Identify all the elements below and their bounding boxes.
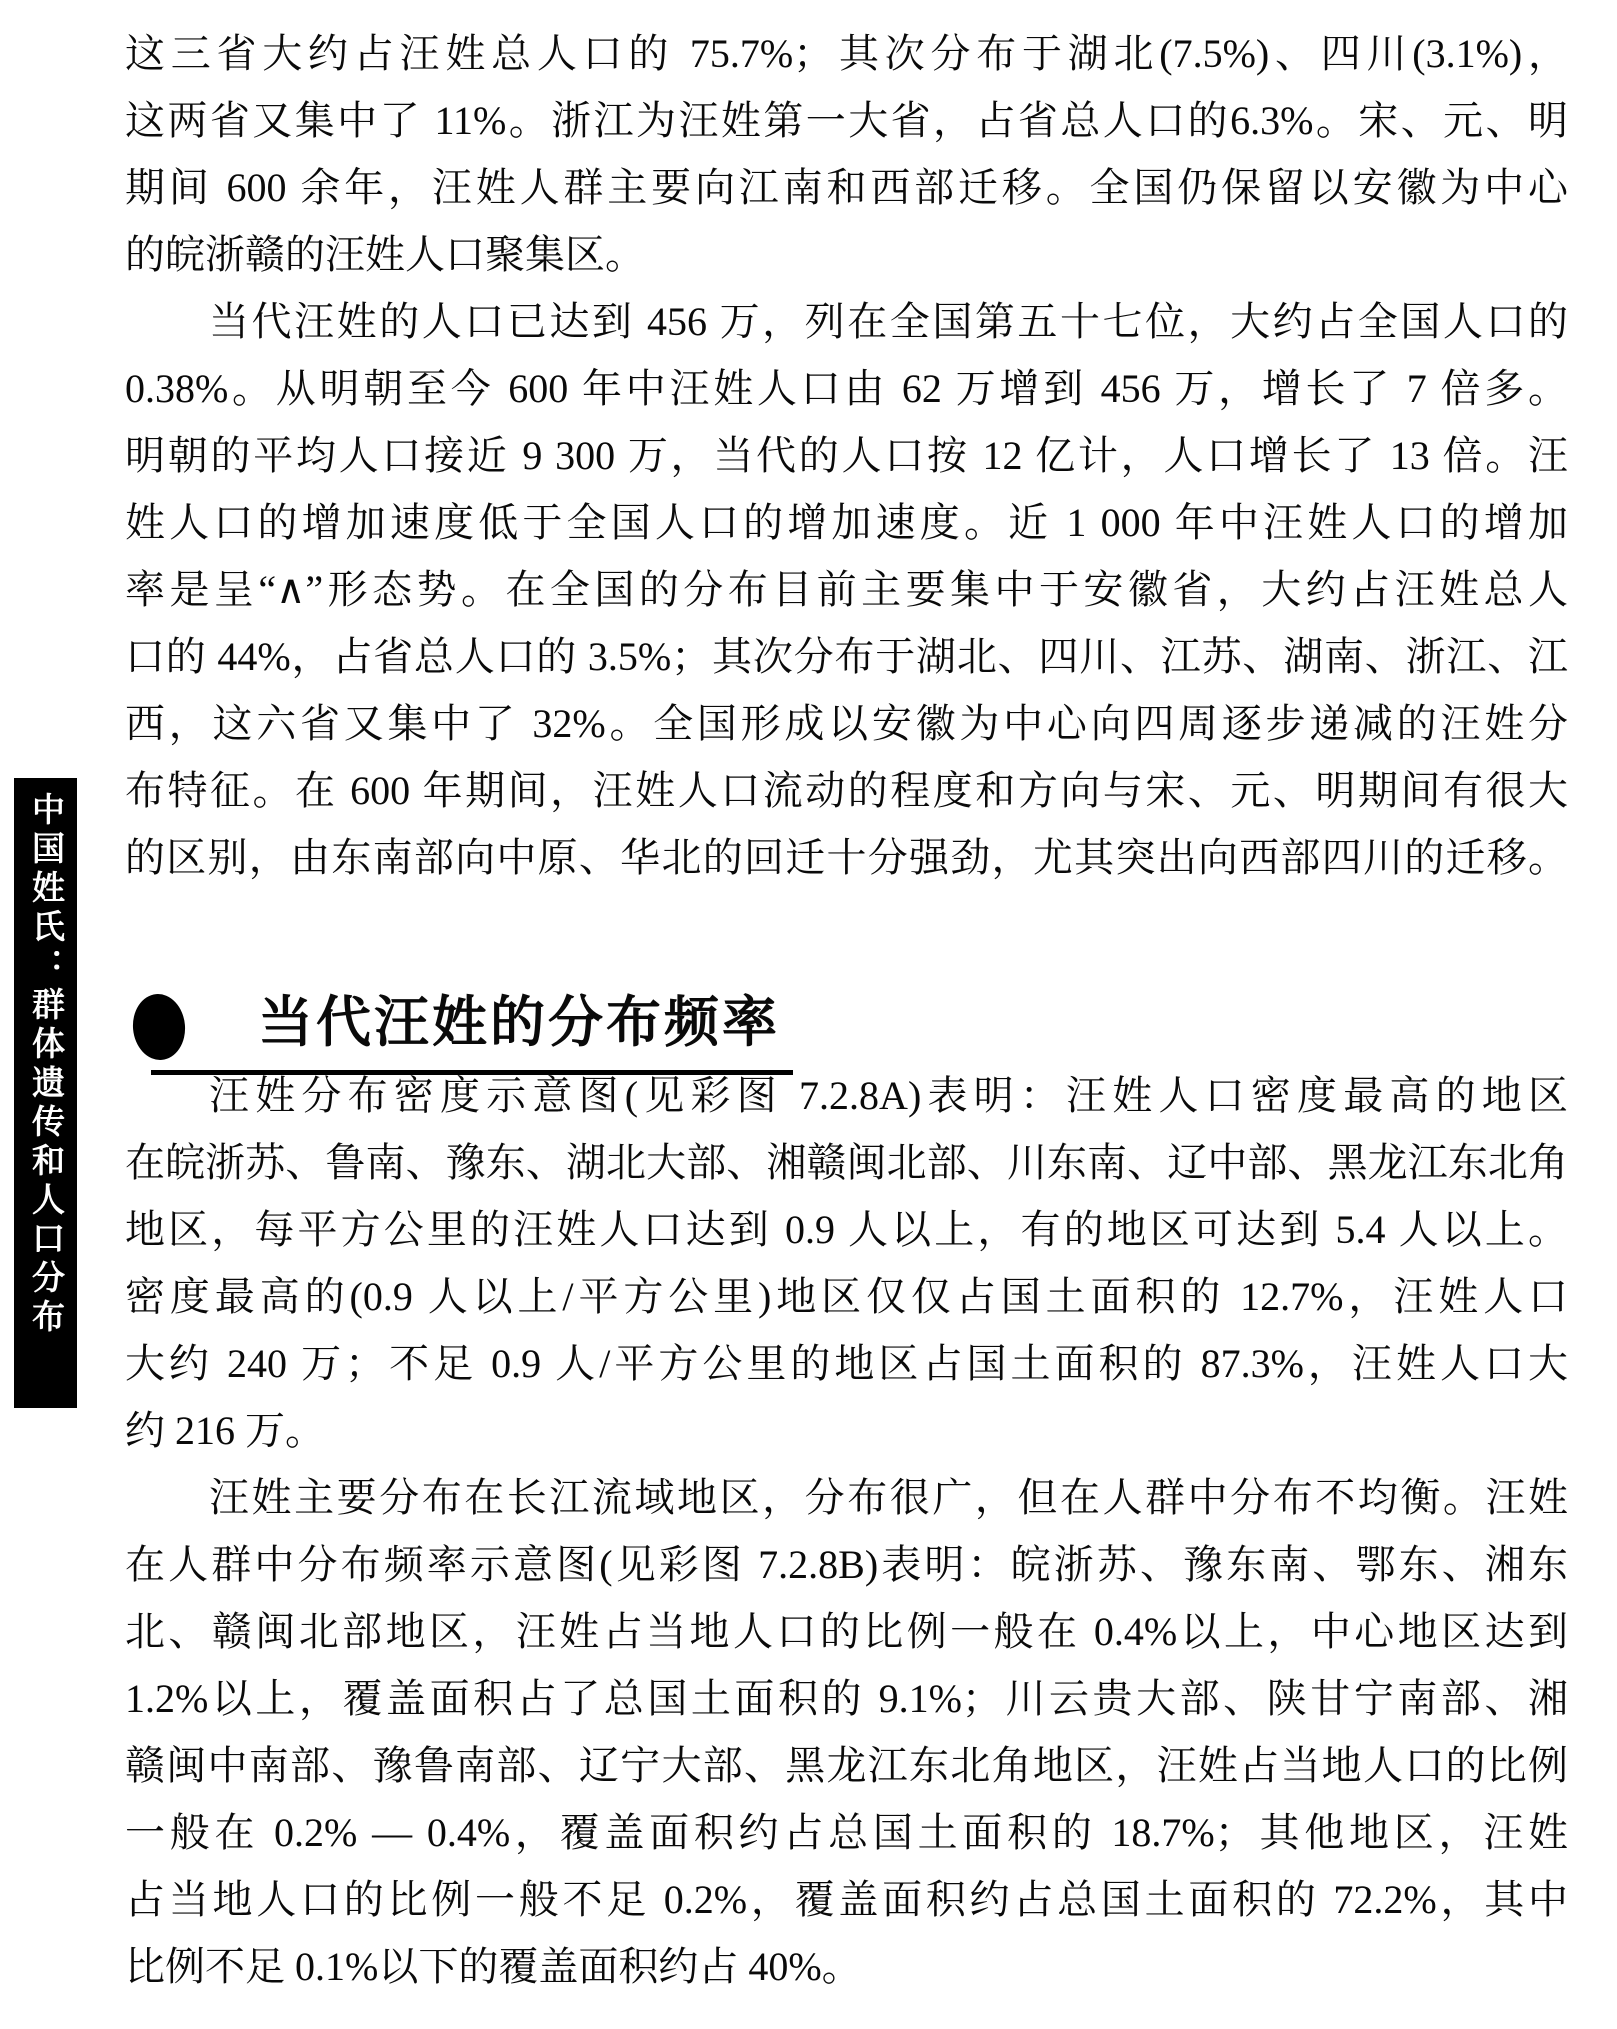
paragraph: 当代汪姓的人口已达到 456 万，列在全国第五十七位，大约占全国人口的0.38%… — [125, 288, 1568, 891]
text-line: 这两省又集中了 11%。浙江为汪姓第一大省，占省总人口的6.3%。宋、元、明 — [125, 87, 1568, 154]
text-line: 占当地人口的比例一般不足 0.2%，覆盖面积约占总国土面积的 72.2%，其中 — [125, 1866, 1568, 1933]
text-line: 密度最高的(0.9 人以上/平方公里)地区仅仅占国土面积的 12.7%，汪姓人口 — [125, 1263, 1568, 1330]
text-line: 的皖浙赣的汪姓人口聚集区。 — [125, 221, 1568, 288]
body-text-top: 这三省大约占汪姓总人口的 75.7%；其次分布于湖北(7.5%)、四川(3.1%… — [125, 20, 1568, 891]
text-line: 西，这六省又集中了 32%。全国形成以安徽为中心向四周逐步递减的汪姓分 — [125, 690, 1568, 757]
text-line: 赣闽中南部、豫鲁南部、辽宁大部、黑龙江东北角地区，汪姓占当地人口的比例 — [125, 1732, 1568, 1799]
section-title: 当代汪姓的分布频率 — [258, 984, 780, 1062]
body-text-bottom: 汪姓分布密度示意图(见彩图 7.2.8A)表明：汪姓人口密度最高的地区在皖浙苏、… — [125, 1062, 1568, 2000]
text-line: 明朝的平均人口接近 9 300 万，当代的人口按 12 亿计，人口增长了 13 … — [125, 422, 1568, 489]
text-line: 地区，每平方公里的汪姓人口达到 0.9 人以上，有的地区可达到 5.4 人以上。 — [125, 1196, 1568, 1263]
text-line: 在人群中分布频率示意图(见彩图 7.2.8B)表明：皖浙苏、豫东南、鄂东、湘东 — [125, 1531, 1568, 1598]
text-line: 汪姓主要分布在长江流域地区，分布很广，但在人群中分布不均衡。汪姓 — [125, 1464, 1568, 1531]
paragraph: 这三省大约占汪姓总人口的 75.7%；其次分布于湖北(7.5%)、四川(3.1%… — [125, 20, 1568, 288]
text-line: 的区别，由东南部向中原、华北的回迁十分强劲，尤其突出向西部四川的迁移。 — [125, 824, 1568, 891]
text-line: 姓人口的增加速度低于全国人口的增加速度。近 1 000 年中汪姓人口的增加 — [125, 489, 1568, 556]
paragraph: 汪姓分布密度示意图(见彩图 7.2.8A)表明：汪姓人口密度最高的地区在皖浙苏、… — [125, 1062, 1568, 1464]
book-page: 中国姓氏：群体遗传和人口分布 这三省大约占汪姓总人口的 75.7%；其次分布于湖… — [0, 0, 1617, 2029]
text-line: 汪姓分布密度示意图(见彩图 7.2.8A)表明：汪姓人口密度最高的地区 — [125, 1062, 1568, 1129]
text-line: 0.38%。从明朝至今 600 年中汪姓人口由 62 万增到 456 万，增长了… — [125, 355, 1568, 422]
text-line: 北、赣闽北部地区，汪姓占当地人口的比例一般在 0.4%以上，中心地区达到 — [125, 1598, 1568, 1665]
text-line: 这三省大约占汪姓总人口的 75.7%；其次分布于湖北(7.5%)、四川(3.1%… — [125, 20, 1568, 87]
text-line: 率是呈“∧”形态势。在全国的分布目前主要集中于安徽省，大约占汪姓总人 — [125, 556, 1568, 623]
text-line: 期间 600 余年，汪姓人群主要向江南和西部迁移。全国仍保留以安徽为中心 — [125, 154, 1568, 221]
text-line: 布特征。在 600 年期间，汪姓人口流动的程度和方向与宋、元、明期间有很大 — [125, 757, 1568, 824]
text-line: 1.2%以上，覆盖面积占了总国土面积的 9.1%；川云贵大部、陕甘宁南部、湘 — [125, 1665, 1568, 1732]
text-line: 口的 44%，占省总人口的 3.5%；其次分布于湖北、四川、江苏、湖南、浙江、江 — [125, 623, 1568, 690]
book-spine-label: 中国姓氏：群体遗传和人口分布 — [14, 778, 77, 1408]
text-line: 比例不足 0.1%以下的覆盖面积约占 40%。 — [125, 1933, 1568, 2000]
spine-text: 中国姓氏：群体遗传和人口分布 — [22, 778, 69, 1408]
text-line: 一般在 0.2% — 0.4%，覆盖面积约占总国土面积的 18.7%；其他地区，… — [125, 1799, 1568, 1866]
paragraph: 汪姓主要分布在长江流域地区，分布很广，但在人群中分布不均衡。汪姓在人群中分布频率… — [125, 1464, 1568, 2000]
bullet-icon — [130, 992, 188, 1062]
text-line: 约 216 万。 — [125, 1397, 1568, 1464]
text-line: 在皖浙苏、鲁南、豫东、湖北大部、湘赣闽北部、川东南、辽中部、黑龙江东北角 — [125, 1129, 1568, 1196]
text-line: 当代汪姓的人口已达到 456 万，列在全国第五十七位，大约占全国人口的 — [125, 288, 1568, 355]
text-line: 大约 240 万；不足 0.9 人/平方公里的地区占国土面积的 87.3%，汪姓… — [125, 1330, 1568, 1397]
